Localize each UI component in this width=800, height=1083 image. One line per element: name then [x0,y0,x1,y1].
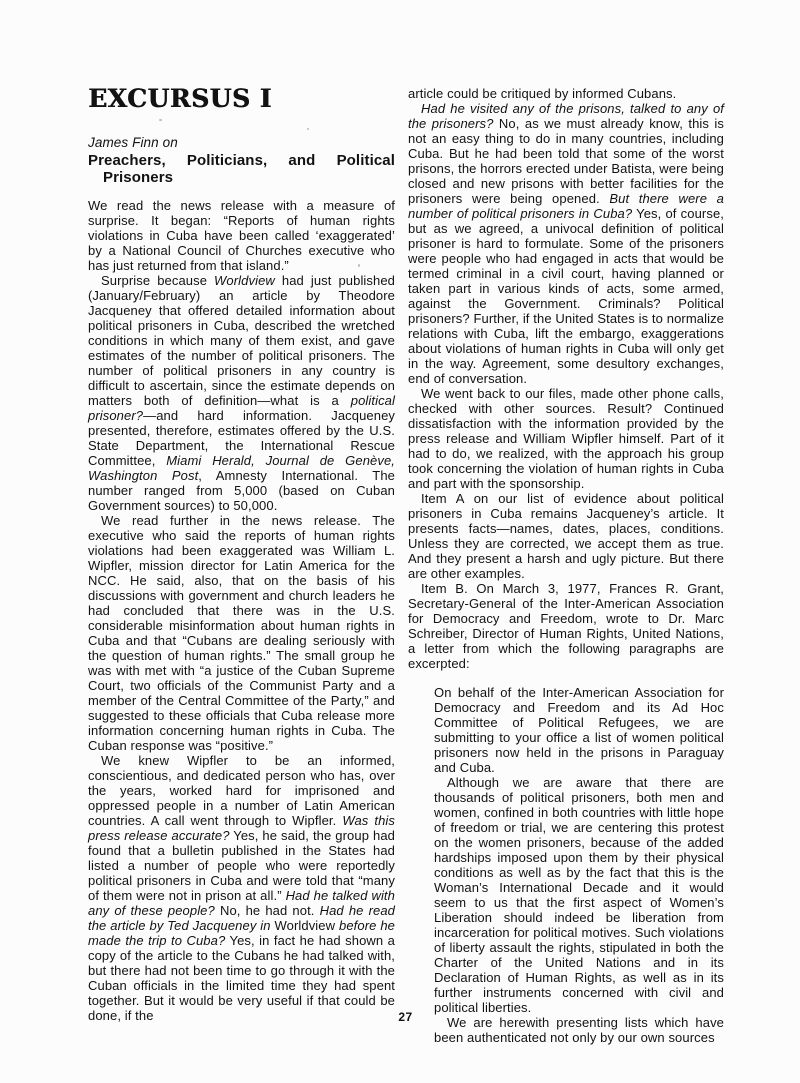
paragraph: We read the news release with a measure … [88,198,395,273]
paragraph: Had he visited any of the prisons, talke… [408,101,724,386]
paragraph: We knew Wipfler to be an informed, consc… [88,753,395,1023]
article-title: Preachers, Politicians, and Political Pr… [88,152,395,186]
paragraph: Item B. On March 3, 1977, Frances R. Gra… [408,581,724,671]
section-masthead: EXCURSUS I [88,86,395,111]
excerpt-paragraph: Although we are aware that there are tho… [434,775,724,1015]
paragraph: We went back to our files, made other ph… [408,386,724,491]
byline: James Finn on [88,135,395,150]
paragraph: Surprise because Worldview had just publ… [88,273,395,513]
paragraph: We read further in the news release. The… [88,513,395,753]
left-column: EXCURSUS I James Finn on Preachers, Poli… [88,86,395,1023]
excerpt-paragraph: On behalf of the Inter-American Associat… [434,685,724,775]
paragraph: Item A on our list of evidence about pol… [408,491,724,581]
paragraph-continuation: article could be critiqued by informed C… [408,86,724,101]
letter-excerpt: On behalf of the Inter-American Associat… [434,685,724,1045]
page-number: 27 [88,1010,723,1024]
article-title-line1: Preachers, Politicians, and Political [88,152,395,169]
right-column: article could be critiqued by informed C… [408,86,724,1045]
scanned-magazine-page: EXCURSUS I James Finn on Preachers, Poli… [0,0,800,1083]
article-title-line2: Prisoners [88,169,395,186]
